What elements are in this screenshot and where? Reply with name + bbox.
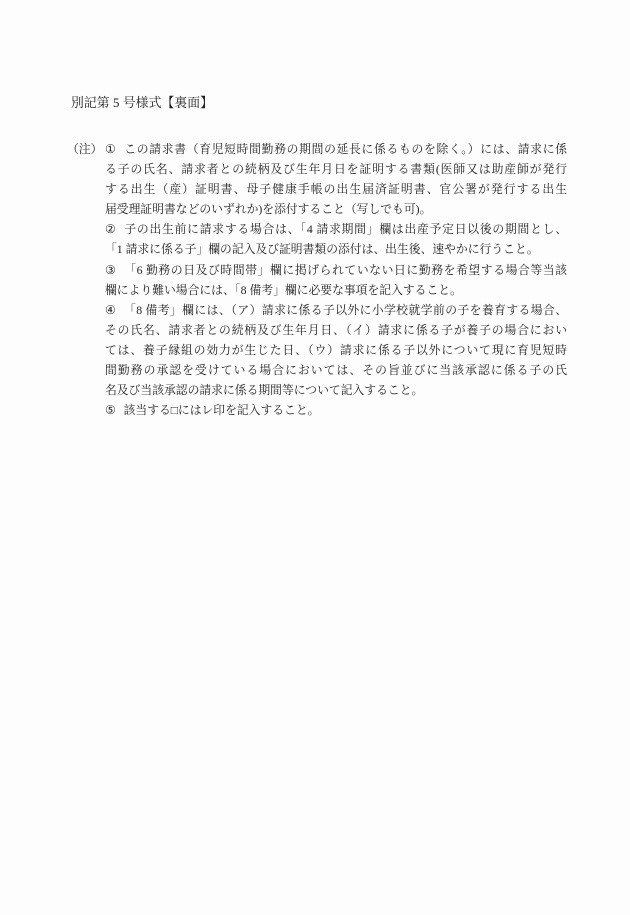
note-line: ②子の出生前に請求する場合は、「4 請求期間」欄は出産予定日以後の期間とし、 (105, 219, 567, 239)
note-number: ① (105, 142, 116, 156)
note-line: する出生（産）証明書、母子健康手帳の出生届済証明書、官公署が発行する出生 (105, 179, 567, 199)
note-line: ④「8 備考」欄には、（ア）請求に係る子以外に小学校就学前の子を養育する場合、 (105, 300, 567, 320)
note-number: ② (105, 222, 116, 236)
note-line: 「1 請求に係る子」欄の記入及び証明書類の添付は、出生後、速やかに行うこと。 (105, 239, 567, 259)
note-item: ②子の出生前に請求する場合は、「4 請求期間」欄は出産予定日以後の期間とし、「1… (105, 219, 567, 259)
notes-list: ①この請求書（育児短時間勤務の期間の延長に係るものを除く。）には、請求に係る子の… (105, 139, 567, 420)
note-number: ③ (105, 263, 116, 277)
form-title: 別記第 5 号様式【裏面】 (71, 92, 213, 111)
note-line: る子の氏名、請求者との続柄及び生年月日を証明する書類(医師又は助産師が発行 (105, 159, 567, 179)
note-number: ④ (105, 303, 116, 317)
note-item: ①この請求書（育児短時間勤務の期間の延長に係るものを除く。）には、請求に係る子の… (105, 139, 567, 219)
notes-label: （注） (67, 139, 102, 159)
note-line: 名及び当該承認の請求に係る期間等について記入すること。 (105, 380, 567, 400)
form-back-page: 別記第 5 号様式【裏面】 （注） ①この請求書（育児短時間勤務の期間の延長に係… (0, 0, 630, 915)
note-item: ③「6 勤務の日及び時間帯」欄に掲げられていない日に勤務を希望する場合等当該欄に… (105, 260, 567, 300)
note-item: ④「8 備考」欄には、（ア）請求に係る子以外に小学校就学前の子を養育する場合、そ… (105, 300, 567, 400)
note-item: ⑤該当する□にはレ印を記入すること。 (105, 400, 567, 420)
note-line: 間勤務の承認を受けている場合においては、その旨並びに当該承認に係る子の氏 (105, 360, 567, 380)
note-line: 届受理証明書などのいずれか)を添付すること（写しでも可)。 (105, 199, 567, 219)
note-line: 欄により難い場合には、「8 備考」欄に必要な事項を記入すること。 (105, 280, 567, 300)
note-line: ⑤該当する□にはレ印を記入すること。 (105, 400, 567, 420)
note-number: ⑤ (105, 403, 116, 417)
document-body: { "document": { "title": "別記第 5 号様式【裏面】"… (0, 0, 630, 915)
note-line: ③「6 勤務の日及び時間帯」欄に掲げられていない日に勤務を希望する場合等当該 (105, 260, 567, 280)
note-line: ①この請求書（育児短時間勤務の期間の延長に係るものを除く。）には、請求に係 (105, 139, 567, 159)
note-line: ては、養子縁組の効力が生じた日、（ウ）請求に係る子以外について現に育児短時 (105, 340, 567, 360)
note-line: その氏名、請求者との続柄及び生年月日、（イ）請求に係る子が養子の場合におい (105, 320, 567, 340)
